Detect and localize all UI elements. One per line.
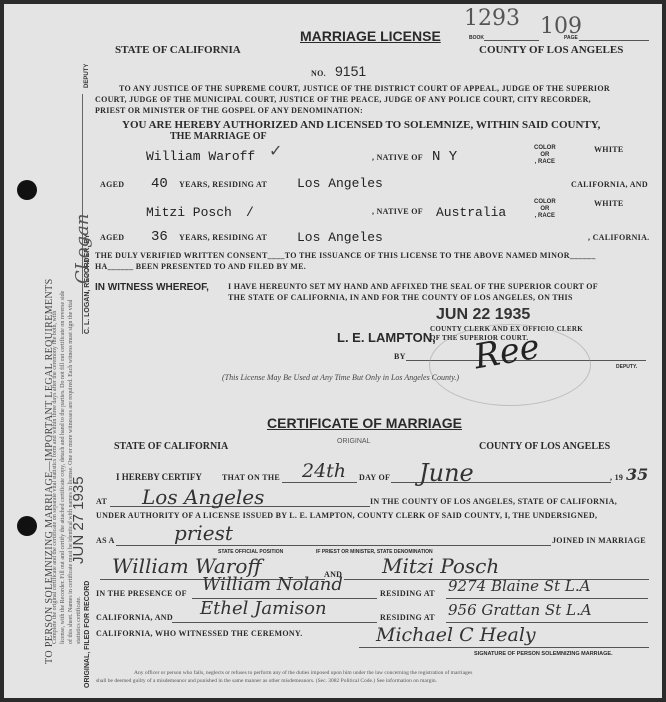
groom-native-of: N Y: [432, 149, 457, 165]
issue-date-stamp: JUN 22 1935: [436, 306, 530, 324]
bride-checkmark: /: [246, 205, 254, 220]
by-label: BY: [394, 352, 406, 361]
certificate-state: STATE OF CALIFORNIA: [114, 441, 228, 452]
deputy-label: DEPUTY.: [616, 364, 637, 370]
joined-label: JOINED IN MARRIAGE: [552, 536, 646, 545]
day-line: [282, 482, 357, 483]
county-state-text: IN THE COUNTY OF LOS ANGELES, STATE OF C…: [370, 497, 617, 506]
page-label: PAGE: [564, 35, 578, 41]
witness-whereof-line-2: THE STATE OF CALIFORNIA, IN AND FOR THE …: [228, 293, 573, 302]
officiant-position: priest: [174, 521, 233, 545]
year-prefix: , 19: [610, 473, 623, 482]
certificate-county: COUNTY OF LOS ANGELES: [479, 441, 610, 452]
license-number-row: NO. 9151: [311, 61, 366, 80]
witness2-address: 956 Grattan St L.A: [448, 601, 592, 619]
margin-requirements-line-3: of this sheet. Names in certificate must…: [68, 300, 74, 644]
groom-color-race-label: COLOROR, RACE: [534, 145, 556, 166]
penalty-line-2: shall be deemed guilty of a misdemeanor …: [96, 678, 437, 684]
position-line: [116, 545, 551, 546]
groom-age: 40: [151, 176, 168, 192]
license-number: 9151: [335, 63, 366, 79]
at-label: AT: [96, 497, 107, 506]
witness1-address-line: [446, 598, 648, 599]
book-number: 1293: [464, 6, 520, 31]
witness2-address-line: [446, 622, 648, 623]
margin-requirements-line-4: statistics certificate.: [76, 596, 82, 644]
groom-name: William Waroff: [146, 149, 255, 164]
witness2-residing-label: RESIDING AT: [380, 613, 435, 622]
margin-filed-label: ORIGINAL, FILED FOR RECORD: [84, 581, 91, 688]
validity-note: (This License May Be Used at Any Time Bu…: [222, 373, 459, 382]
punch-hole: [17, 180, 37, 200]
groom-residence: Los Angeles: [297, 176, 383, 191]
margin-requirements-line-2: license, with the Recorder. Fill out and…: [60, 291, 66, 644]
margin-requirements-line-1: Complete the original certificate and th…: [52, 311, 58, 644]
groom-race: WHITE: [594, 145, 624, 154]
groom-years-label: YEARS, RESIDING AT: [179, 180, 267, 189]
margin-deputy-signature: ​CLogan: [72, 214, 93, 284]
officiant-signature: Michael C Healy: [376, 624, 536, 646]
margin-filed-date-stamp: JUN 27 1935: [70, 476, 87, 564]
bride-color-race-label: COLOROR, RACE: [534, 199, 556, 220]
witness2-name: Ethel Jamison: [200, 598, 327, 619]
witness-whereof-label: IN WITNESS WHEREOF,: [95, 282, 209, 293]
preamble-line-3: PRIEST OR MINISTER OF THE GOSPEL OF ANY …: [95, 106, 363, 115]
bride-race: WHITE: [594, 199, 624, 208]
certificate-title: CERTIFICATE OF MARRIAGE: [267, 415, 462, 431]
signature-caption: SIGNATURE OF PERSON SOLEMNIZING MARRIAGE…: [474, 651, 613, 657]
punch-hole: [17, 516, 37, 536]
preamble-line-2: COURT, JUDGE OF THE MUNICIPAL COURT, JUS…: [95, 95, 591, 104]
license-state: STATE OF CALIFORNIA: [115, 44, 241, 56]
california-and-label: CALIFORNIA, AND: [96, 613, 173, 622]
margin-deputy-label: DEPUTY: [84, 64, 90, 88]
groom-residence-suffix: CALIFORNIA, AND: [571, 180, 648, 189]
bride-native-of: Australia: [436, 205, 506, 220]
marriage-year: 35: [626, 465, 648, 484]
certificate-bride-name: Mitzi Posch: [382, 554, 499, 578]
marriage-day: 24th: [302, 460, 346, 482]
witness-whereof-line-1: I HAVE HEREUNTO SET MY HAND AND AFFIXED …: [228, 282, 598, 291]
as-a-label: AS A: [96, 536, 115, 545]
groom-aged-label: AGED: [100, 180, 124, 189]
clerk-name: L. E. LAMPTON,: [337, 330, 436, 345]
bride-residence-suffix: , CALIFORNIA.: [588, 233, 649, 242]
groom-native-label: , NATIVE OF: [372, 153, 423, 162]
who-witnessed-text: CALIFORNIA, WHO WITNESSED THE CEREMONY.: [96, 629, 303, 638]
witness2-line: [172, 622, 377, 623]
witness1-residing-label: RESIDING AT: [380, 589, 435, 598]
bride-years-label: YEARS, RESIDING AT: [179, 233, 267, 242]
bride-native-label: , NATIVE OF: [372, 207, 423, 216]
bride-age: 36: [151, 229, 168, 245]
bride-residence: Los Angeles: [297, 230, 383, 245]
consent-line-1: THE DULY VERIFIED WRITTEN CONSENT____TO …: [95, 251, 596, 260]
marriage-place: Los Angeles: [142, 485, 264, 509]
license-title: MARRIAGE LICENSE: [300, 28, 441, 44]
authority-text: UNDER AUTHORITY OF A LICENSE ISSUED BY L…: [96, 511, 597, 520]
witness1-address: 9274 Blaine St L.A: [448, 577, 590, 595]
marriage-month: June: [419, 459, 474, 487]
day-of-label: DAY OF: [359, 473, 390, 482]
book-label: BOOK: [469, 35, 484, 41]
court-seal: [429, 324, 591, 406]
preamble-line-1: TO ANY JUSTICE OF THE SUPREME COURT, JUS…: [119, 84, 610, 93]
marriage-document: TO PERSON SOLEMNIZING MARRIAGE—IMPORTANT…: [4, 4, 662, 698]
original-label: ORIGINAL: [337, 438, 370, 445]
authorized-statement: YOU ARE HEREBY AUTHORIZED AND LICENSED T…: [122, 119, 600, 131]
that-on-label: THAT ON THE: [222, 473, 280, 482]
groom-checkmark: ✓: [269, 141, 282, 160]
license-county: COUNTY OF LOS ANGELES: [479, 44, 623, 56]
marriage-of-label: THE MARRIAGE OF: [170, 131, 267, 142]
consent-line-2: HA______ BEEN PRESENTED TO AND FILED BY …: [95, 262, 306, 271]
witness1-name: William Noland: [202, 574, 343, 595]
officiant-signature-line: [359, 647, 649, 648]
page-line: [579, 40, 649, 41]
book-line: [484, 40, 539, 41]
presence-label: IN THE PRESENCE OF: [96, 589, 187, 598]
bride-name: Mitzi Posch: [146, 205, 232, 220]
penalty-line-1: Any officer or person who fails, neglect…: [134, 670, 472, 676]
certify-label: I HEREBY CERTIFY: [116, 472, 202, 482]
bride-aged-label: AGED: [100, 233, 124, 242]
